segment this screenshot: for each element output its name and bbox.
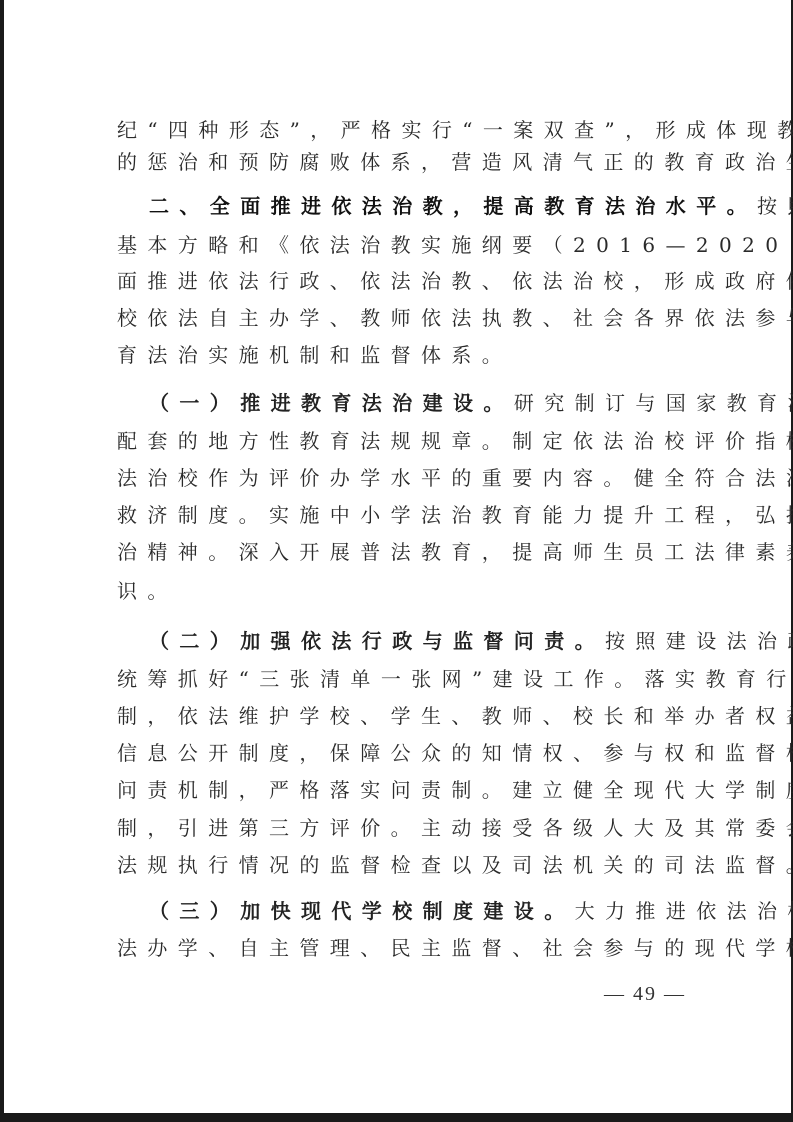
document-page: 纪“四种形态”，严格实行“一案双查”，形成体现教育系统特点 的惩治和预防腐败体系… xyxy=(4,0,791,1113)
text-line: 救济制度。实施中小学法治教育能力提升工程，弘扬社会主义法 xyxy=(117,500,687,530)
text-line: 法办学、自主管理、民主监督、社会参与的现代学校制度，依法 xyxy=(117,933,687,963)
text-line: 信息公开制度，保障公众的知情权、参与权和监督权。完善监督 xyxy=(117,738,687,768)
text-line: 法规执行情况的监督检查以及司法机关的司法监督。 xyxy=(117,850,687,880)
text-line: 面推进依法行政、依法治教、依法治校，形成政府依法管理、学 xyxy=(117,266,687,296)
text-line: 治精神。深入开展普法教育，提高师生员工法律素养和公民意 xyxy=(117,537,687,567)
text-line: 制，引进第三方评价。主动接受各级人大及其常委会对教育法律 xyxy=(117,813,687,843)
subsection-heading-line: （一）推进教育法治建设。研究制订与国家教育法律法规相 xyxy=(149,388,689,418)
page-number: — 49 — xyxy=(604,979,686,1009)
text-line: 法治校作为评价办学水平的重要内容。健全符合法治原则的教育 xyxy=(117,463,687,493)
subsection-heading: （三）加快现代学校制度建设。 xyxy=(149,899,575,923)
text-line: 的惩治和预防腐败体系，营造风清气正的教育政治生态。 xyxy=(117,147,687,177)
text-fragment: 按照依法治国 xyxy=(757,194,793,218)
text-line: 识。 xyxy=(117,576,687,606)
text-line: 问责机制，严格落实问责制。建立健全现代大学制度建设监督机 xyxy=(117,775,687,805)
section-heading-line: 二、全面推进依法治教，提高教育法治水平。按照依法治国 xyxy=(149,191,689,221)
text-line: 配套的地方性教育法规规章。制定依法治校评价指标体系，将依 xyxy=(117,426,687,456)
subsection-heading: （二）加强依法行政与监督问责。 xyxy=(149,629,605,653)
subsection-heading: （一）推进教育法治建设。 xyxy=(149,391,514,415)
text-line: 校依法自主办学、教师依法执教、社会各界依法参与和监督的教 xyxy=(117,303,687,333)
text-line: 制，依法维护学校、学生、教师、校长和举办者权益。完善教育 xyxy=(117,701,687,731)
section-heading: 二、全面推进依法治教，提高教育法治水平。 xyxy=(149,194,757,218)
text-fragment: 大力推进依法治校，建立依 xyxy=(575,899,793,923)
subsection-heading-line: （三）加快现代学校制度建设。大力推进依法治校，建立依 xyxy=(149,896,689,926)
text-fragment: 研究制订与国家教育法律法规相 xyxy=(514,391,793,415)
text-line: 基本方略和《依法治教实施纲要（2016—2020 年）》要求，全 xyxy=(117,230,687,260)
subsection-heading-line: （二）加强依法行政与监督问责。按照建设法治政府要求， xyxy=(149,626,689,656)
text-line: 统筹抓好“三张清单一张网”建设工作。落实教育行政执法责任 xyxy=(117,664,687,694)
text-line: 纪“四种形态”，严格实行“一案双查”，形成体现教育系统特点 xyxy=(117,115,687,145)
text-line: 育法治实施机制和监督体系。 xyxy=(117,340,687,370)
text-fragment: 按照建设法治政府要求， xyxy=(605,629,793,653)
